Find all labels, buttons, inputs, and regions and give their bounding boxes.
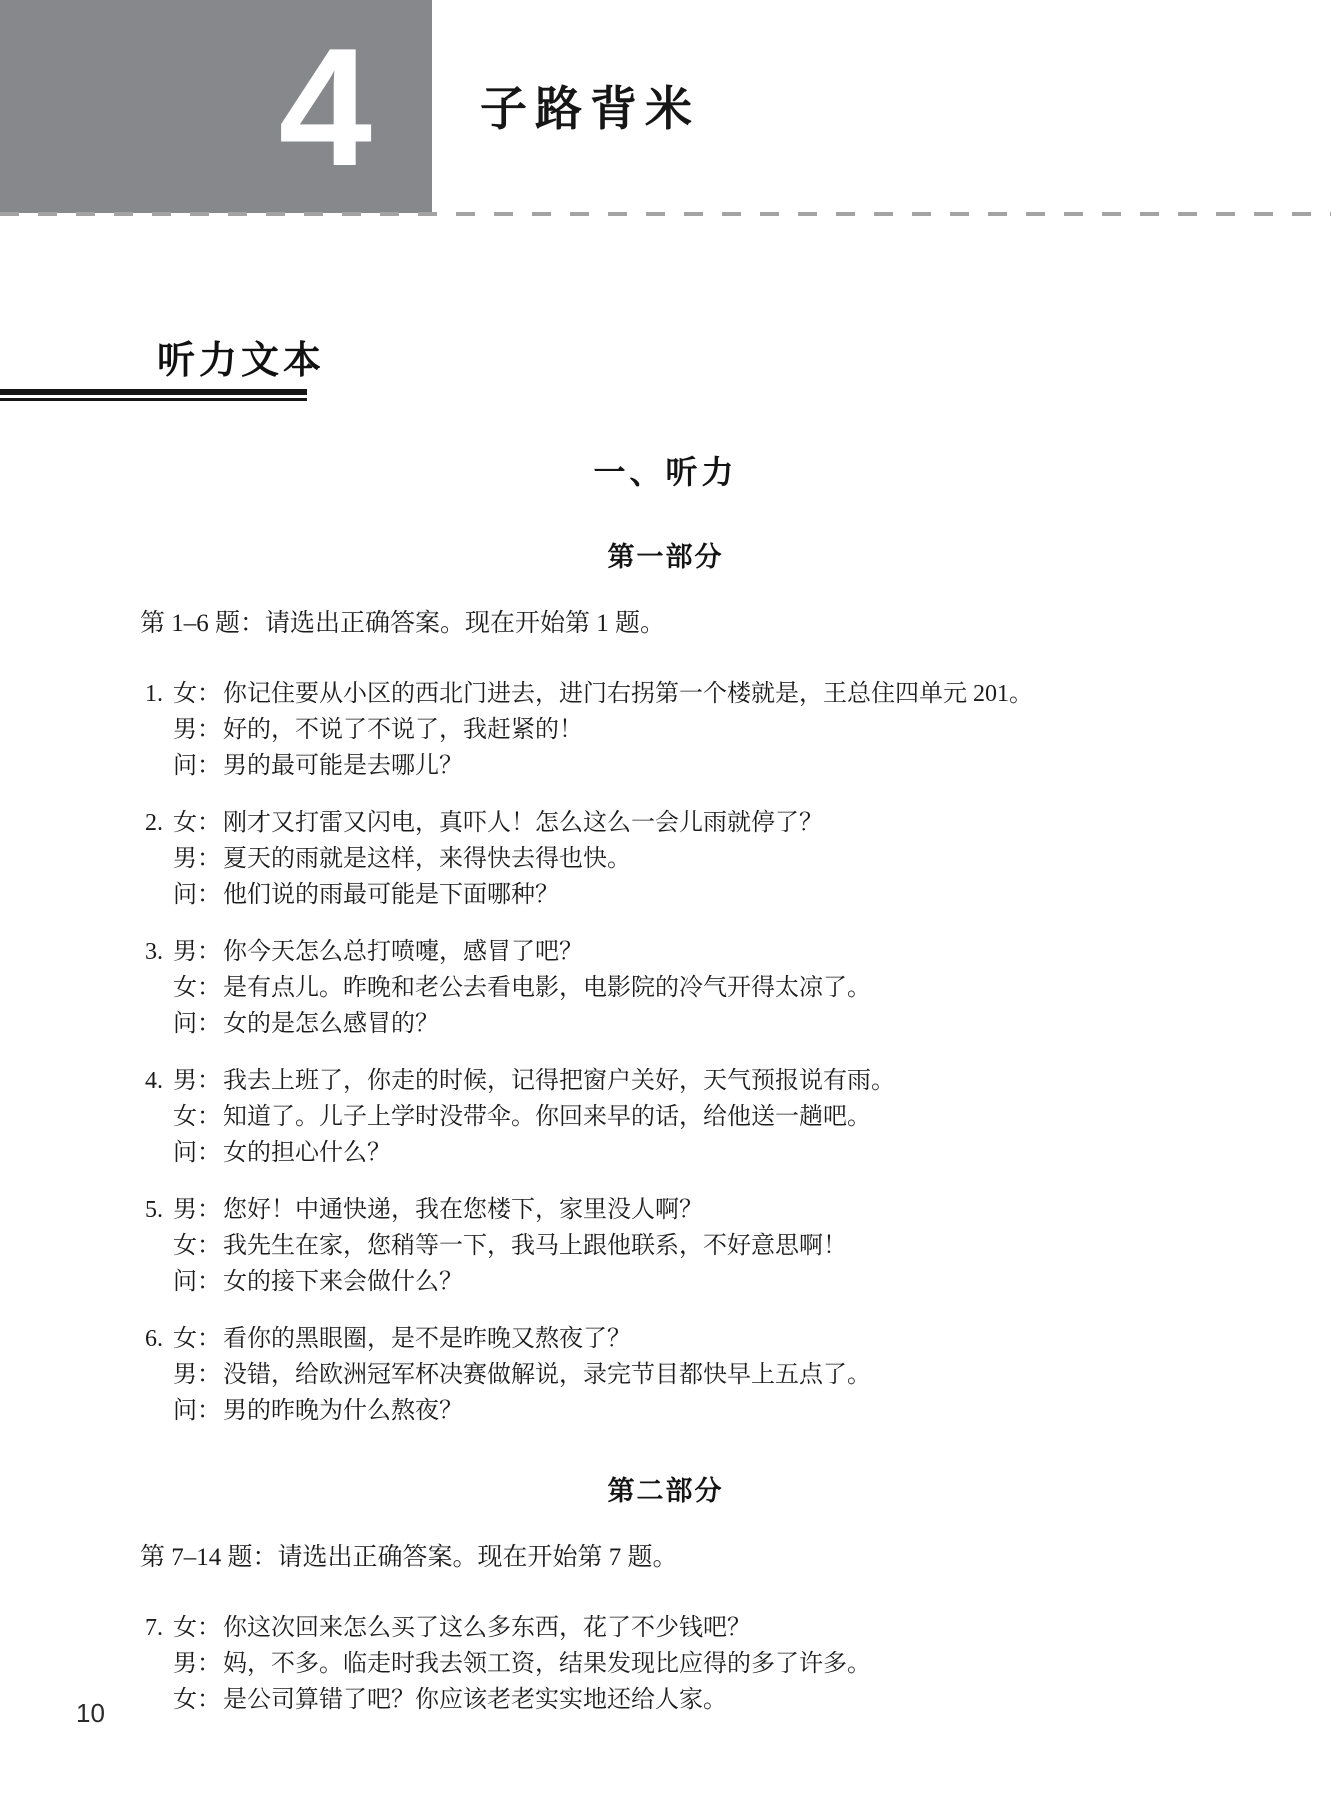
speaker-label: 女： [173,681,221,707]
speaker-label: 女： [173,810,221,836]
listening-text-section: 听力文本 [0,342,1331,401]
line-text: 妈，不多。临走时我去领工资，结果发现比应得的多了许多。 [223,1651,871,1677]
dialogue-item-2: 2. 女：刚才又打雷又闪电，真吓人！怎么这么一会儿雨就停了？ 男：夏天的雨就是这… [140,805,1201,913]
speaker-label: 问： [173,1140,221,1166]
dialogue-item-6: 6. 女：看你的黑眼圈，是不是昨晚又熬夜了？ 男：没错，给欧洲冠军杯决赛做解说，… [140,1321,1201,1429]
dialogue-line: 男：没错，给欧洲冠军杯决赛做解说，录完节目都快早上五点了。 [173,1357,1201,1393]
item-number: 3. [145,934,163,970]
dialogue-line: 男：妈，不多。临走时我去领工资，结果发现比应得的多了许多。 [173,1646,1201,1682]
line-text: 我先生在家，您稍等一下，我马上跟他联系，不好意思啊！ [223,1233,847,1259]
line-text: 夏天的雨就是这样，来得快去得也快。 [223,846,631,872]
chapter-number-box: 4 [0,0,432,213]
line-text: 是公司算错了吧？你应该老老实实地还给人家。 [223,1687,727,1713]
speaker-label: 男： [173,1651,221,1677]
dialogue-line: 问：男的最可能是去哪儿？ [173,748,1201,784]
speaker-label: 女： [173,1615,221,1641]
speaker-label: 问： [173,1398,221,1424]
main-title: 一、听力 [0,447,1331,493]
dialogue-line: 女：我先生在家，您稍等一下，我马上跟他联系，不好意思啊！ [173,1228,1201,1264]
line-text: 你这次回来怎么买了这么多东西，花了不少钱吧？ [223,1615,751,1641]
line-text: 我去上班了，你走的时候，记得把窗户关好，天气预报说有雨。 [223,1068,895,1094]
line-text: 好的，不说了不说了，我赶紧的！ [223,717,583,743]
dialogue-line: 女：刚才又打雷又闪电，真吓人！怎么这么一会儿雨就停了？ [173,805,1201,841]
dialogue-item-7: 7. 女：你这次回来怎么买了这么多东西，花了不少钱吧？ 男：妈，不多。临走时我去… [140,1610,1201,1718]
dialogue-line: 男：夏天的雨就是这样，来得快去得也快。 [173,841,1201,877]
line-text: 女的担心什么？ [223,1140,391,1166]
line-text: 女的接下来会做什么？ [223,1269,463,1295]
part2-section: 第二部分 第 7–14 题：请选出正确答案。现在开始第 7 题。 7. 女：你这… [0,1469,1331,1718]
speaker-label: 问： [173,1011,221,1037]
line-text: 看你的黑眼圈，是不是昨晚又熬夜了？ [223,1326,631,1352]
line-text: 男的最可能是去哪儿？ [223,753,463,779]
item-number: 1. [145,676,163,712]
part2-title: 第二部分 [0,1469,1331,1508]
dialogue-item-5: 5. 男：您好！中通快递，我在您楼下，家里没人啊？ 女：我先生在家，您稍等一下，… [140,1192,1201,1300]
dialogue-item-4: 4. 男：我去上班了，你走的时候，记得把窗户关好，天气预报说有雨。 女：知道了。… [140,1063,1201,1171]
speaker-label: 男： [173,1362,221,1388]
dialogue-line: 男：我去上班了，你走的时候，记得把窗户关好，天气预报说有雨。 [173,1063,1201,1099]
part2-items: 7. 女：你这次回来怎么买了这么多东西，花了不少钱吧？ 男：妈，不多。临走时我去… [140,1610,1201,1718]
speaker-label: 男： [173,1068,221,1094]
speaker-label: 男： [173,717,221,743]
part1-title: 第一部分 [0,535,1331,574]
dialogue-line: 女：看你的黑眼圈，是不是昨晚又熬夜了？ [173,1321,1201,1357]
line-text: 他们说的雨最可能是下面哪种？ [223,882,559,908]
section-heading: 听力文本 [157,342,1331,380]
dialogue-line: 男：您好！中通快递，我在您楼下，家里没人啊？ [173,1192,1201,1228]
dialogue-line: 女：你这次回来怎么买了这么多东西，花了不少钱吧？ [173,1610,1201,1646]
double-rule [0,389,307,401]
page-number: 10 [76,1698,105,1729]
item-number: 2. [145,805,163,841]
line-text: 没错，给欧洲冠军杯决赛做解说，录完节目都快早上五点了。 [223,1362,871,1388]
dialogue-line: 男：你今天怎么总打喷嚏，感冒了吧？ [173,934,1201,970]
part1-instruction: 第 1–6 题：请选出正确答案。现在开始第 1 题。 [140,608,1194,640]
line-text: 您好！中通快递，我在您楼下，家里没人啊？ [223,1197,703,1223]
line-text: 女的是怎么感冒的？ [223,1011,439,1037]
speaker-label: 男： [173,846,221,872]
dialogue-line: 男：好的，不说了不说了，我赶紧的！ [173,712,1201,748]
dashed-divider [0,212,1331,216]
dialogue-line: 女：是公司算错了吧？你应该老老实实地还给人家。 [173,1682,1201,1718]
speaker-label: 问： [173,1269,221,1295]
speaker-label: 问： [173,882,221,908]
line-text: 刚才又打雷又闪电，真吓人！怎么这么一会儿雨就停了？ [223,810,823,836]
speaker-label: 男： [173,939,221,965]
dialogue-item-1: 1. 女：你记住要从小区的西北门进去，进门右拐第一个楼就是，王总住四单元 201… [140,676,1201,784]
speaker-label: 女： [173,1233,221,1259]
dialogue-line: 问：他们说的雨最可能是下面哪种？ [173,877,1201,913]
part2-instruction: 第 7–14 题：请选出正确答案。现在开始第 7 题。 [140,1542,1194,1574]
dialogue-line: 问：男的昨晚为什么熬夜？ [173,1393,1201,1429]
item-number: 4. [145,1063,163,1099]
line-text: 知道了。儿子上学时没带伞。你回来早的话，给他送一趟吧。 [223,1104,871,1130]
speaker-label: 女： [173,1326,221,1352]
chapter-header: 4 子路背米 [0,0,1331,216]
dialogue-line: 问：女的担心什么？ [173,1135,1201,1171]
speaker-label: 男： [173,1197,221,1223]
line-text: 男的昨晚为什么熬夜？ [223,1398,463,1424]
chapter-title: 子路背米 [480,72,700,139]
dialogue-line: 女：是有点儿。昨晚和老公去看电影，电影院的冷气开得太凉了。 [173,970,1201,1006]
line-text: 是有点儿。昨晚和老公去看电影，电影院的冷气开得太凉了。 [223,975,871,1001]
item-number: 5. [145,1192,163,1228]
speaker-label: 女： [173,1104,221,1130]
speaker-label: 女： [173,1687,221,1713]
speaker-label: 问： [173,753,221,779]
dialogue-line: 女：你记住要从小区的西北门进去，进门右拐第一个楼就是，王总住四单元 201。 [173,676,1201,712]
speaker-label: 女： [173,975,221,1001]
part1-items: 1. 女：你记住要从小区的西北门进去，进门右拐第一个楼就是，王总住四单元 201… [140,676,1201,1429]
item-number: 7. [145,1610,163,1646]
line-text: 你今天怎么总打喷嚏，感冒了吧？ [223,939,583,965]
dialogue-line: 女：知道了。儿子上学时没带伞。你回来早的话，给他送一趟吧。 [173,1099,1201,1135]
dialogue-line: 问：女的接下来会做什么？ [173,1264,1201,1300]
line-text: 你记住要从小区的西北门进去，进门右拐第一个楼就是，王总住四单元 201。 [223,681,1033,707]
item-number: 6. [145,1321,163,1357]
dialogue-item-3: 3. 男：你今天怎么总打喷嚏，感冒了吧？ 女：是有点儿。昨晚和老公去看电影，电影… [140,934,1201,1042]
dialogue-line: 问：女的是怎么感冒的？ [173,1006,1201,1042]
chapter-number: 4 [279,23,368,191]
